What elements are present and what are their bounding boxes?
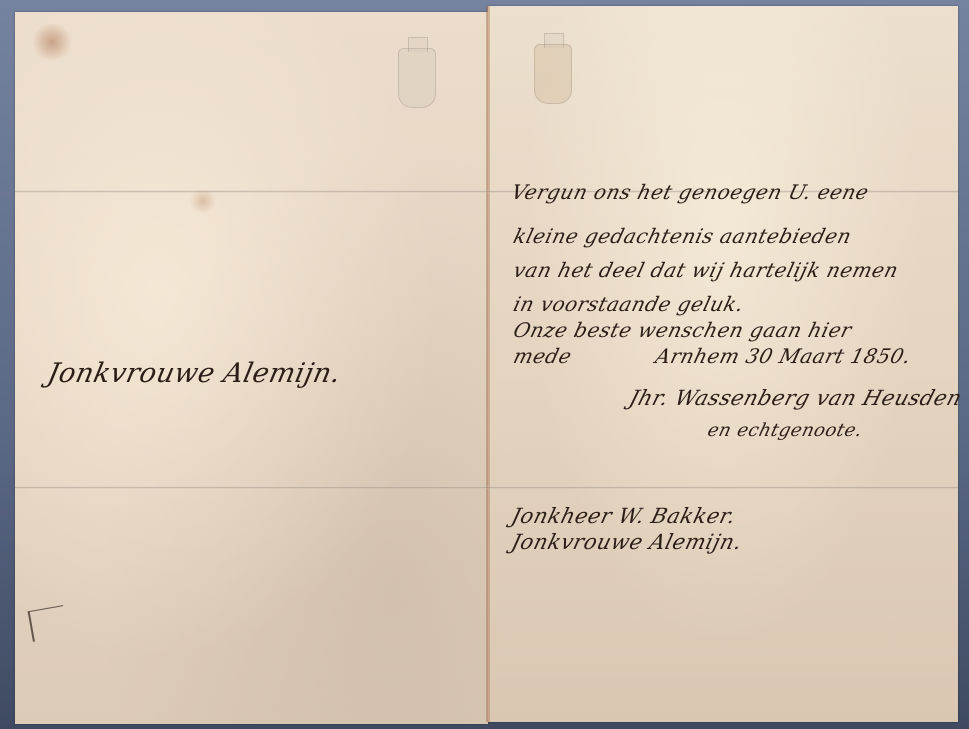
stain-fold: [188, 190, 218, 212]
letter-line-5: Onze beste wenschen gaan hier: [511, 318, 854, 342]
letter-line-2: kleine gedachtenis aantebieden: [511, 224, 854, 248]
horizontal-fold-crease-bottom: [15, 486, 958, 489]
paper-tear: [28, 605, 69, 642]
vertical-fold-crease: [486, 6, 490, 722]
addressee-1: Jonkheer W. Bakker.: [509, 504, 738, 528]
letter-line-6: mede: [511, 344, 574, 368]
letter-signature: Jhr. Wassenberg van Heusden: [627, 386, 965, 410]
letter-line-4: in voorstaande geluk.: [511, 292, 746, 316]
letter-line-3: van het deel dat wij hartelijk nemen: [511, 258, 901, 282]
embossed-crest-left: [398, 48, 436, 108]
stain-top-left: [30, 24, 74, 60]
letter-date: Arnhem 30 Maart 1850.: [653, 344, 914, 368]
front-address: Jonkvrouwe Alemijn.: [45, 358, 344, 389]
addressee-2: Jonkvrouwe Alemijn.: [509, 530, 745, 554]
signature-subline: en echtgenoote.: [705, 420, 864, 441]
letter-line-1: Vergun ons het genoegen U. eene: [509, 180, 871, 204]
embossed-crest-right: [534, 44, 572, 104]
